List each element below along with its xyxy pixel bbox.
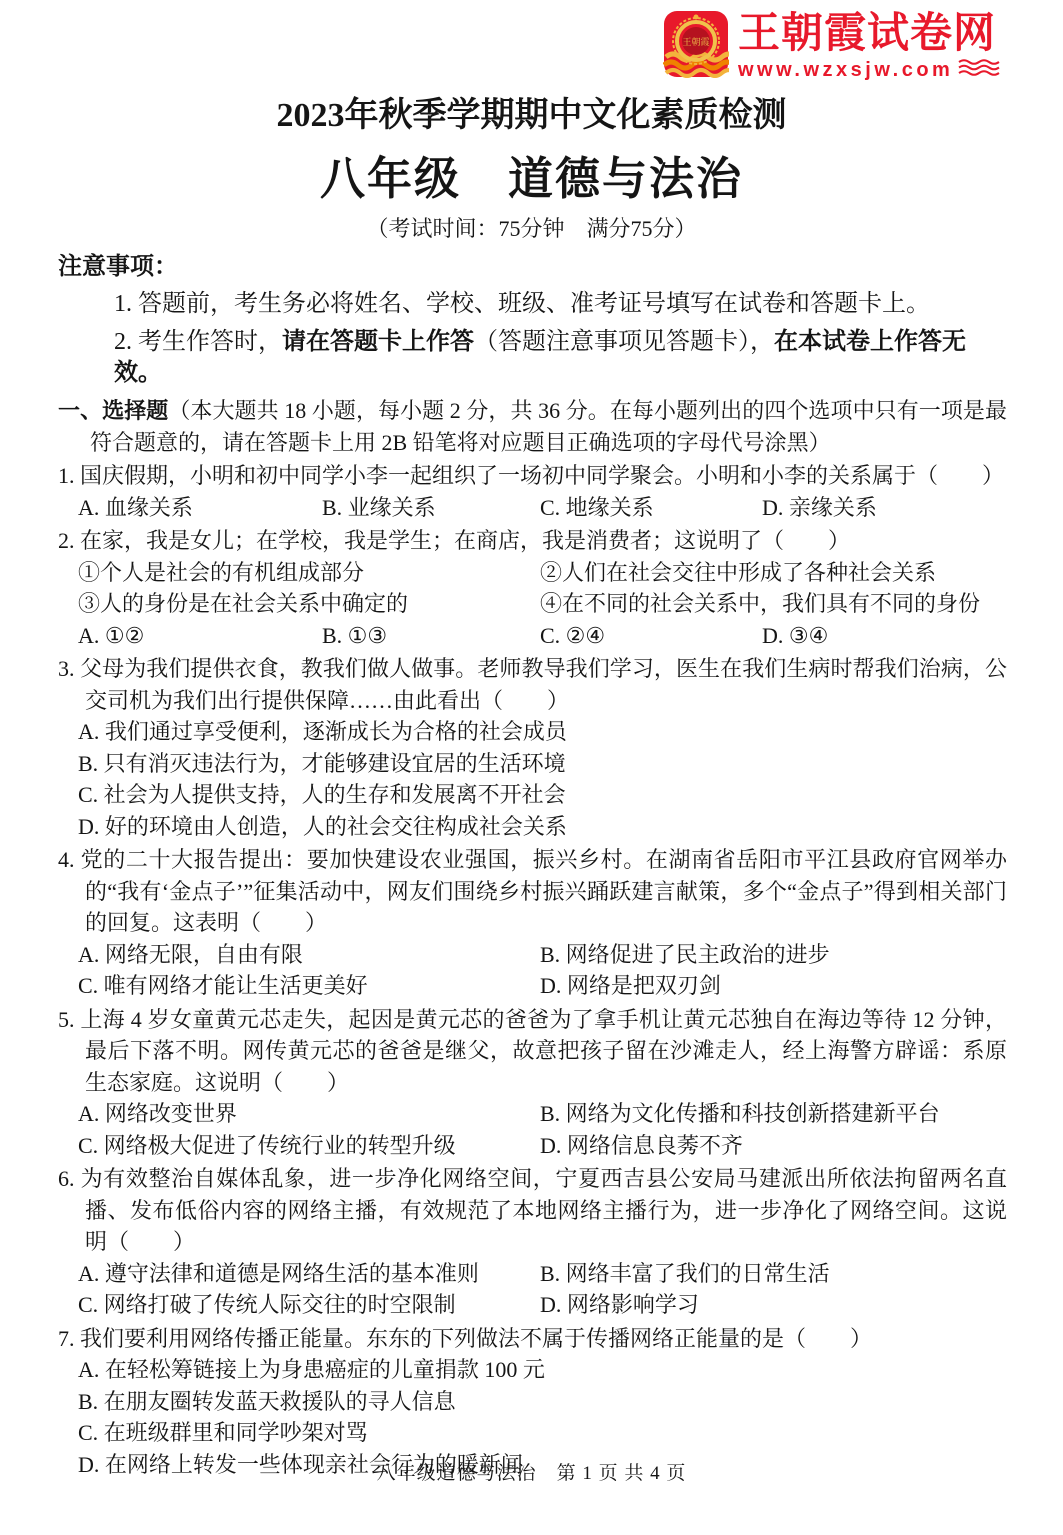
option: B. 网络促进了民主政治的进步	[540, 939, 1007, 971]
question-3: 3. 父母为我们提供衣食，教我们做人做事。老师教导我们学习，医生在我们生病时帮我…	[58, 653, 1007, 842]
option: C. 社会为人提供支持，人的生存和发展离不开社会	[58, 779, 1007, 811]
question-stem: 1. 国庆假期，小明和初中同学小李一起组织了一场初中同学聚会。小明和小李的关系属…	[58, 460, 1007, 492]
option: C. 网络极大促进了传统行业的转型升级	[78, 1130, 540, 1162]
exam-info: （考试时间：75分钟 满分75分）	[0, 214, 1063, 244]
option: A. 我们通过享受便利，逐渐成长为合格的社会成员	[58, 716, 1007, 748]
option: C. 地缘关系	[540, 492, 762, 524]
question-6: 6. 为有效整治自媒体乱象，进一步净化网络空间，宁夏西吉县公安局马建派出所依法拘…	[58, 1163, 1007, 1321]
option: A. ①②	[78, 620, 322, 652]
option: C. 唯有网络才能让生活更美好	[78, 970, 540, 1002]
option: C. 网络打破了传统人际交往的时空限制	[78, 1289, 540, 1321]
option: B. 网络丰富了我们的日常生活	[540, 1258, 1007, 1290]
question-stem: 5. 上海 4 岁女童黄元芯走失，起因是黄元芯的爸爸为了拿手机让黄元芯独自在海边…	[58, 1004, 1007, 1099]
option: B. ①③	[322, 620, 540, 652]
section-heading: 一、选择题（本大题共 18 小题，每小题 2 分，共 36 分。在每小题列出的四…	[58, 395, 1007, 458]
option: A. 在轻松筹链接上为身患癌症的儿童捐款 100 元	[58, 1354, 1007, 1386]
question-stem: 7. 我们要利用网络传播正能量。东东的下列做法不属于传播网络正能量的是（ ）	[58, 1323, 1007, 1355]
notice-item-1: 1. 答题前，考生务必将姓名、学校、班级、准考证号填写在试卷和答题卡上。	[114, 289, 1007, 320]
brand-emblem-icon: 王朝霞	[663, 10, 729, 83]
option: D. ③④	[762, 620, 1007, 652]
wave-lines-icon	[957, 57, 1001, 82]
option: A. 网络无限，自由有限	[78, 939, 540, 971]
site-url: www.wzxsjw.com	[738, 59, 953, 81]
option: D. 网络信息良莠不齐	[540, 1130, 1007, 1162]
option: B. 只有消灭违法行为，才能够建设宜居的生活环境	[58, 748, 1007, 780]
svg-text:王朝霞: 王朝霞	[682, 36, 709, 47]
option: B. 网络为文化传播和科技创新搭建新平台	[540, 1098, 1007, 1130]
option: A. 遵守法律和道德是网络生活的基本准则	[78, 1258, 540, 1290]
question-stem: 2. 在家，我是女儿；在学校，我是学生；在商店，我是消费者；这说明了（ ）	[58, 525, 1007, 557]
options-grid: A. 遵守法律和道德是网络生活的基本准则 B. 网络丰富了我们的日常生活 C. …	[58, 1258, 1007, 1321]
option: D. 好的环境由人创造，人的社会交往构成社会关系	[58, 811, 1007, 843]
option: D. 网络影响学习	[540, 1289, 1007, 1321]
option: C. ②④	[540, 620, 762, 652]
options-row: A. ①② B. ①③ C. ②④ D. ③④	[58, 620, 1007, 652]
option: B. 在朋友圈转发蓝天救援队的寻人信息	[58, 1386, 1007, 1418]
site-logo: 王朝霞 王朝霞试卷网 www.wzxsjw.com	[663, 10, 1001, 83]
statement: ①个人是社会的有机组成部分	[78, 557, 540, 589]
statements-grid: ①个人是社会的有机组成部分 ②人们在社会交往中形成了各种社会关系 ③人的身份是在…	[58, 557, 1007, 620]
option: A. 血缘关系	[78, 492, 322, 524]
question-stem: 6. 为有效整治自媒体乱象，进一步净化网络空间，宁夏西吉县公安局马建派出所依法拘…	[58, 1163, 1007, 1258]
question-7: 7. 我们要利用网络传播正能量。东东的下列做法不属于传播网络正能量的是（ ） A…	[58, 1323, 1007, 1481]
brand-title: 王朝霞试卷网	[738, 10, 1001, 56]
option: D. 亲缘关系	[762, 492, 1007, 524]
question-stem: 3. 父母为我们提供衣食，教我们做人做事。老师教导我们学习，医生在我们生病时帮我…	[58, 653, 1007, 716]
option: B. 业缘关系	[322, 492, 540, 524]
question-5: 5. 上海 4 岁女童黄元芯走失，起因是黄元芯的爸爸为了拿手机让黄元芯独自在海边…	[58, 1004, 1007, 1162]
statement: ④在不同的社会关系中，我们具有不同的身份	[540, 588, 1007, 620]
options-row: A. 血缘关系 B. 业缘关系 C. 地缘关系 D. 亲缘关系	[58, 492, 1007, 524]
question-4: 4. 党的二十大报告提出：要加快建设农业强国，振兴乡村。在湖南省岳阳市平江县政府…	[58, 844, 1007, 1002]
options-grid: A. 网络改变世界 B. 网络为文化传播和科技创新搭建新平台 C. 网络极大促进…	[58, 1098, 1007, 1161]
options-grid: A. 网络无限，自由有限 B. 网络促进了民主政治的进步 C. 唯有网络才能让生…	[58, 939, 1007, 1002]
question-1: 1. 国庆假期，小明和初中同学小李一起组织了一场初中同学聚会。小明和小李的关系属…	[58, 460, 1007, 523]
question-stem: 4. 党的二十大报告提出：要加快建设农业强国，振兴乡村。在湖南省岳阳市平江县政府…	[58, 844, 1007, 939]
option: C. 在班级群里和同学吵架对骂	[58, 1417, 1007, 1449]
exam-title: 2023年秋季学期期中文化素质检测	[0, 92, 1063, 140]
page-footer: 八年级道德与法治 第 1 页 共 4 页	[0, 1458, 1063, 1485]
statement: ②人们在社会交往中形成了各种社会关系	[540, 557, 1007, 589]
subject-title: 八年级 道德与法治	[0, 150, 1063, 208]
option: A. 网络改变世界	[78, 1098, 540, 1130]
question-2: 2. 在家，我是女儿；在学校，我是学生；在商店，我是消费者；这说明了（ ） ①个…	[58, 525, 1007, 651]
option: D. 网络是把双刃剑	[540, 970, 1007, 1002]
page-body: 注意事项： 1. 答题前，考生务必将姓名、学校、班级、准考证号填写在试卷和答题卡…	[0, 252, 1063, 1480]
notice-heading: 注意事项：	[58, 252, 1007, 282]
notice-item-2: 2. 考生作答时，请在答题卡上作答（答题注意事项见答题卡），在本试卷上作答无效。	[114, 327, 1007, 389]
options-stack: A. 我们通过享受便利，逐渐成长为合格的社会成员 B. 只有消灭违法行为，才能够…	[58, 716, 1007, 842]
statement: ③人的身份是在社会关系中确定的	[78, 588, 540, 620]
